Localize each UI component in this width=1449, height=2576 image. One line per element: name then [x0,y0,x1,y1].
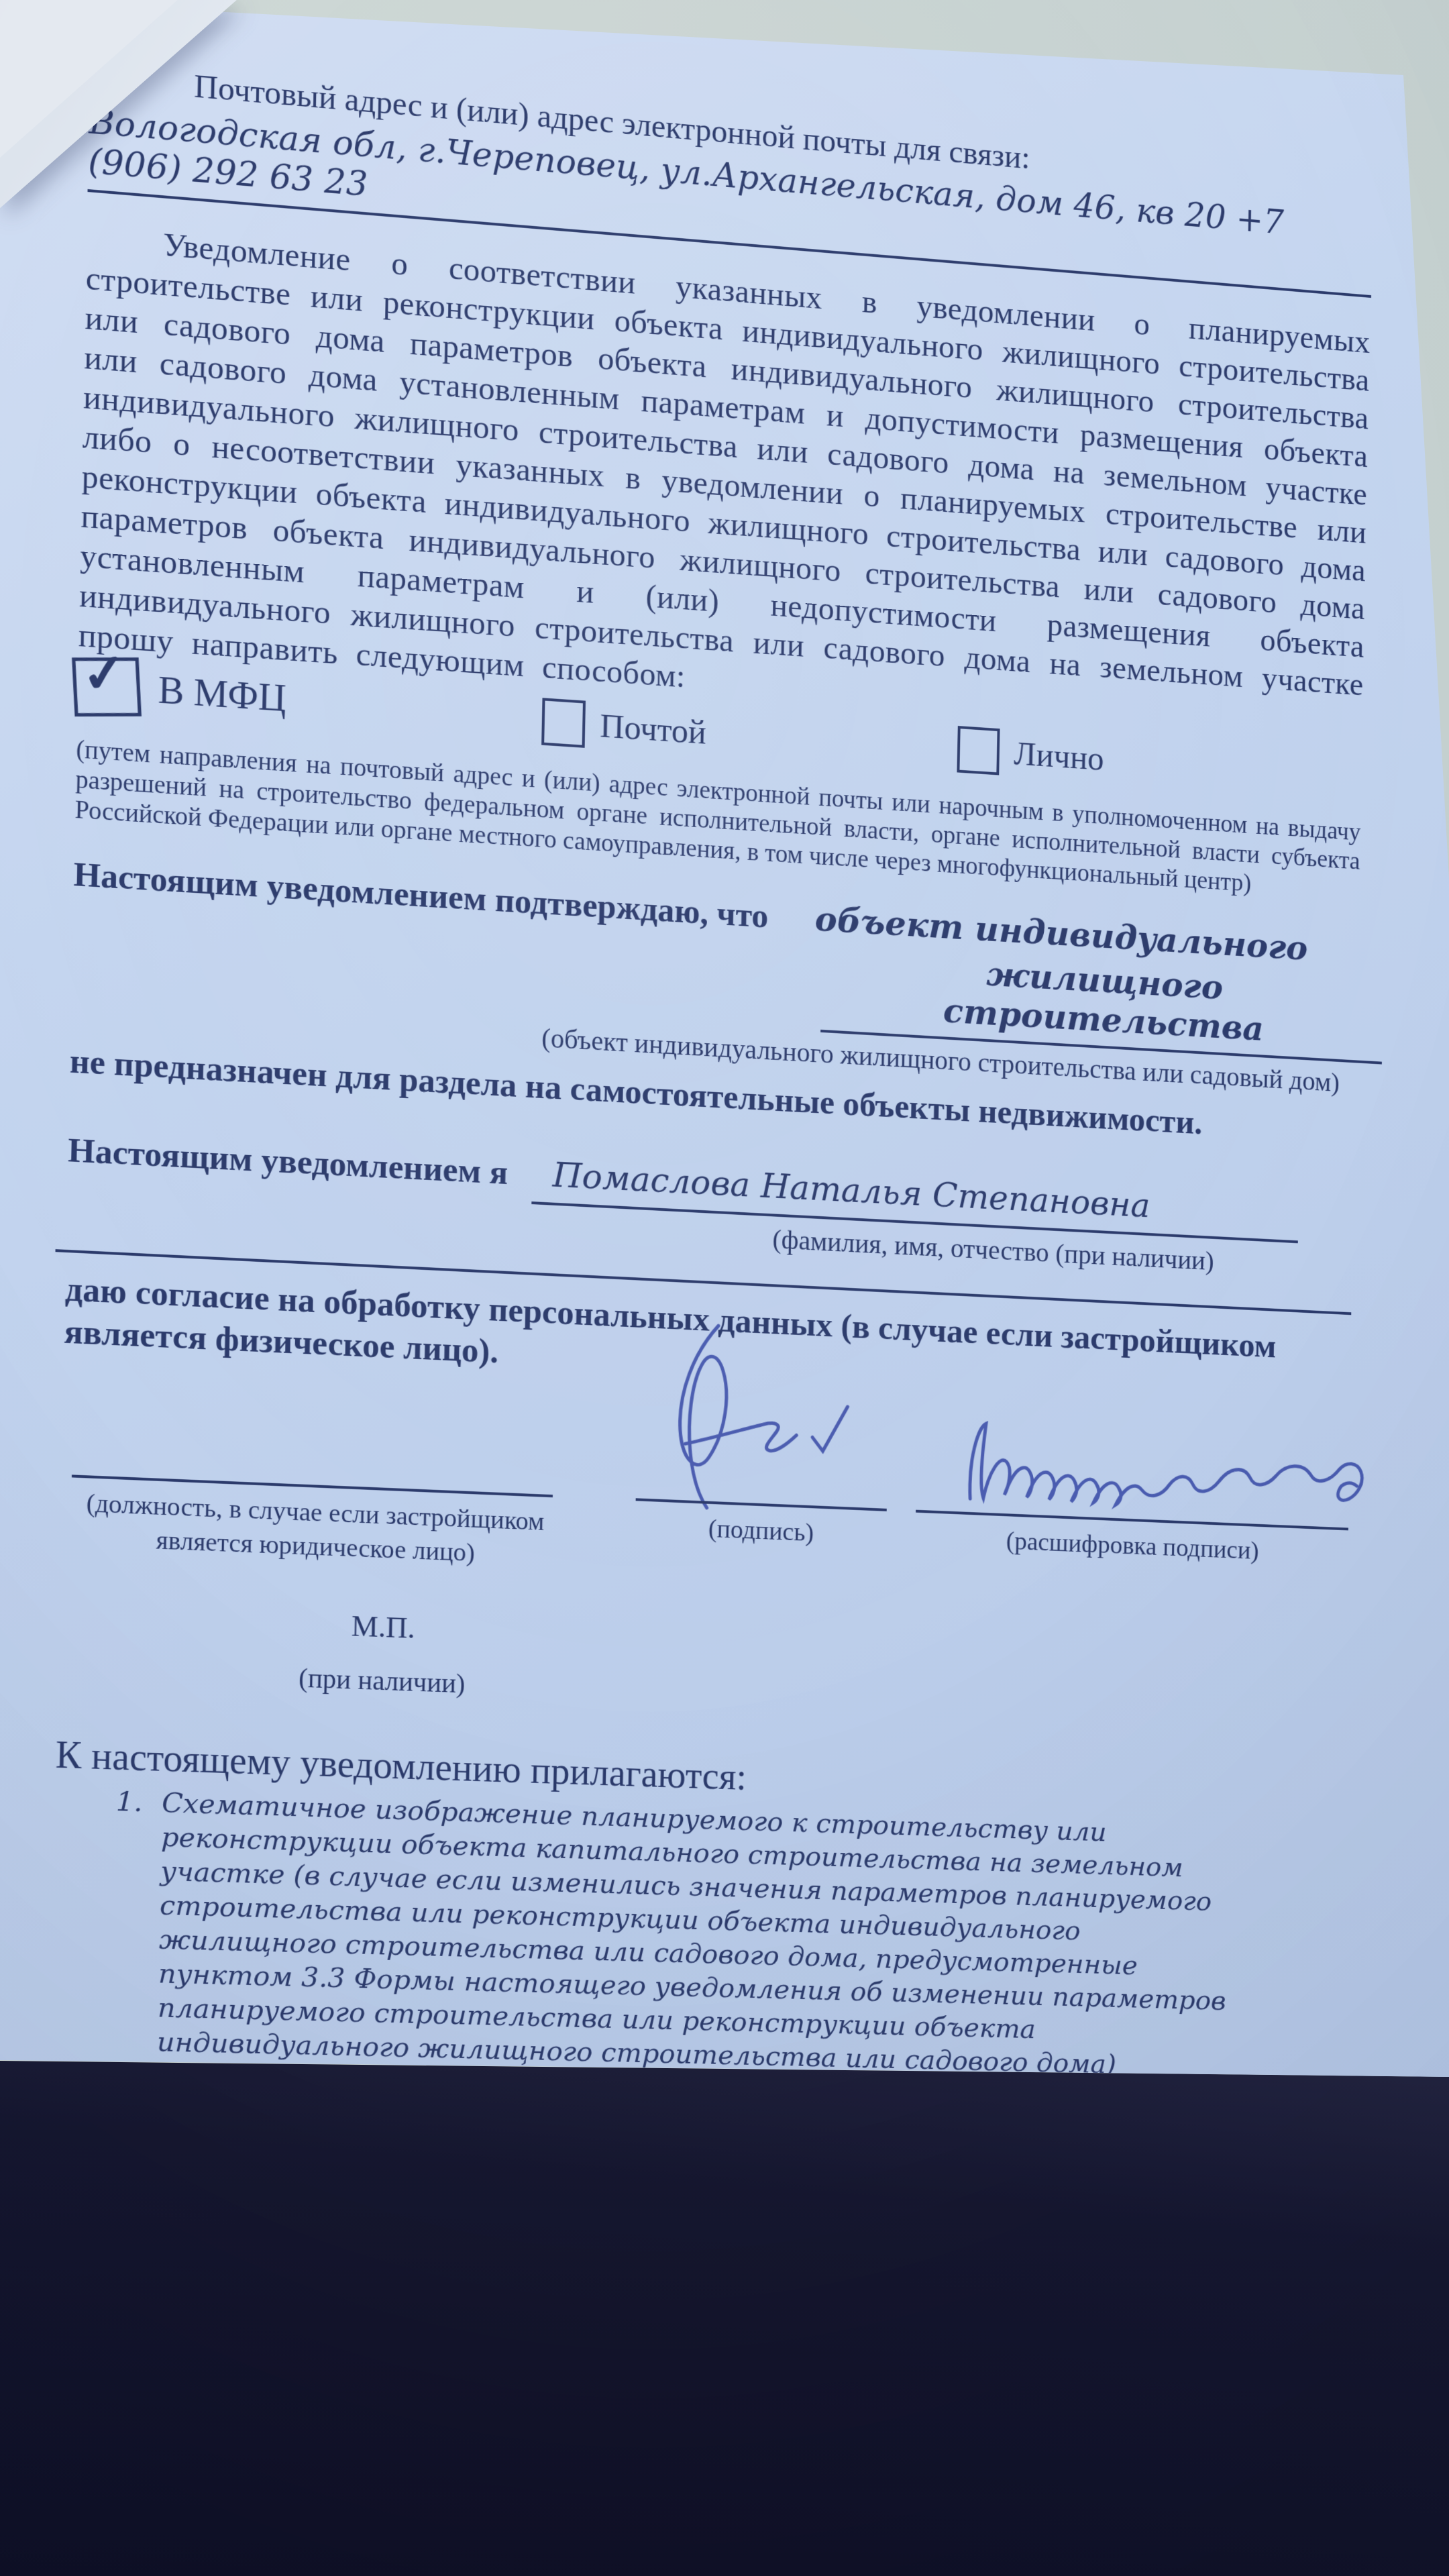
stamp-note: (при наличии) [237,1660,525,1702]
option-mfc-label: В МФЦ [158,669,286,721]
signature-icon [583,1301,895,1522]
option-in-person: Лично [957,726,1104,782]
signature-row: (должность, в случае если застройщиком я… [60,1358,1349,1607]
document-content: Почтовый адрес и (или) адрес электронной… [0,0,1449,2359]
photo-of-document: Почтовый адрес и (или) адрес электронной… [0,0,1449,2576]
option-in-person-label: Лично [1014,734,1104,778]
option-post-label: Почтой [600,706,706,752]
stamp-label: М.П. [239,1605,527,1650]
attachment-number: 1. [110,1784,162,2093]
checkmark-icon: ✓ [78,642,130,706]
stamp-area: М.П. (при наличии) [237,1605,527,1702]
checkbox-empty-icon [541,698,586,748]
folded-page-corner [0,0,657,315]
option-post: Почтой [541,698,706,755]
dark-table-surface [0,2051,1449,2576]
confirmation-prefix: Настоящим уведомлением подтверждаю, что [73,853,769,936]
checkbox-checked-icon: ✓ [72,657,142,716]
folded-corner-highlight [0,0,657,315]
declaration-prefix: Настоящим уведомлением я [68,1130,508,1192]
checkbox-empty-icon [957,726,1000,775]
signature-name-icon [950,1385,1382,1542]
position-caption: (должность, в случае если застройщиком я… [60,1485,570,1574]
